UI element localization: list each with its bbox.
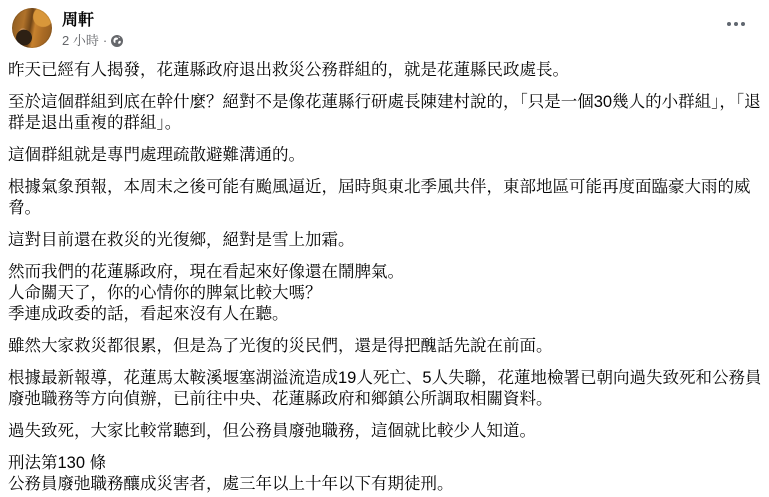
post-paragraph: 這對目前還在救災的光復鄉，絕對是雪上加霜。 bbox=[8, 230, 765, 251]
post-paragraph: 這個群組就是專門處理疏散避難溝通的。 bbox=[8, 145, 765, 166]
author-name[interactable]: 周軒 bbox=[62, 11, 123, 30]
post-paragraph: 根據氣象預報，本周末之後可能有颱風逼近，屆時與東北季風共伴，東部地區可能再度面臨… bbox=[8, 177, 765, 219]
timestamp[interactable]: 2 小時 bbox=[62, 33, 99, 49]
post-paragraph: 過失致死，大家比較常聽到，但公務員廢弛職務，這個就比較少人知道。 bbox=[8, 421, 765, 442]
facebook-post: 周軒 2 小時 · 昨天已經有人揭發，花蓮縣政府退出救災公務群組的，就 bbox=[0, 0, 769, 497]
ellipsis-icon bbox=[727, 22, 731, 26]
post-paragraph: 根據最新報導，花蓮馬太鞍溪堰塞湖溢流造成19人死亡、5人失聯，花蓮地檢署已朝向過… bbox=[8, 368, 765, 410]
post-body: 昨天已經有人揭發，花蓮縣政府退出救災公務群組的，就是花蓮縣民政處長。至於這個群組… bbox=[0, 49, 769, 495]
avatar[interactable] bbox=[12, 8, 52, 48]
post-paragraph: 刑法第130 條 公務員廢弛職務釀成災害者，處三年以上十年以下有期徒刑。 bbox=[8, 453, 765, 495]
post-paragraph: 昨天已經有人揭發，花蓮縣政府退出救災公務群組的，就是花蓮縣民政處長。 bbox=[8, 60, 765, 81]
more-options-button[interactable] bbox=[723, 16, 749, 32]
post-header: 周軒 2 小時 · bbox=[0, 0, 769, 49]
globe-icon bbox=[111, 35, 123, 47]
post-header-text: 周軒 2 小時 · bbox=[62, 8, 123, 49]
post-paragraph: 至於這個群組到底在幹什麼？絕對不是像花蓮縣行研處長陳建村說的，「只是一個30幾人… bbox=[8, 92, 765, 134]
post-paragraph: 然而我們的花蓮縣政府，現在看起來好像還在鬧脾氣。 人命關天了，你的心情你的脾氣比… bbox=[8, 262, 765, 325]
post-paragraph: 雖然大家救災都很累，但是為了光復的災民們，還是得把醜話先說在前面。 bbox=[8, 336, 765, 357]
meta-separator: · bbox=[103, 33, 107, 49]
post-meta: 2 小時 · bbox=[62, 33, 123, 49]
